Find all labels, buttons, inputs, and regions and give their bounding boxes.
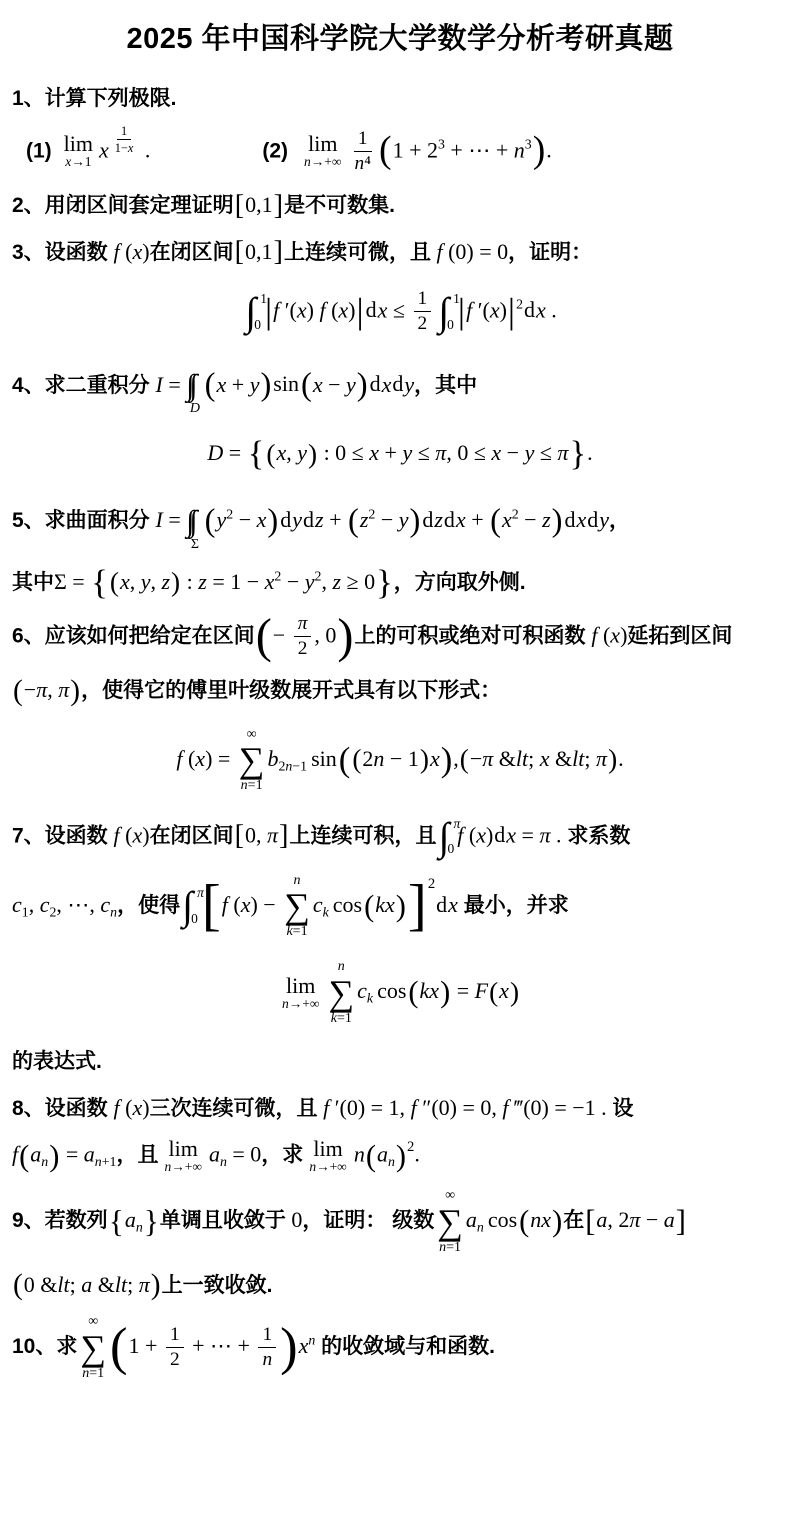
integral-operator: ∫π0 (182, 883, 199, 929)
integral-operator: ∫10 (245, 289, 262, 335)
math-run: f ′(0) = 1, f ″(0) = 0, f ‴(0) = −1 . (318, 1095, 607, 1120)
math-run: . (618, 746, 624, 771)
numerator: 1 (258, 1324, 276, 1348)
integral-limits: π0 (448, 814, 455, 860)
math-run: − z (519, 507, 551, 532)
subscript: n (136, 1220, 143, 1235)
math-run: x (456, 507, 466, 532)
text-run: 在闭区间 (150, 241, 234, 264)
math-run: 0,1 (245, 239, 273, 264)
numerator: π (294, 613, 312, 637)
math-delimiter: ) (337, 614, 353, 660)
sum-lower-limit: n=1 (82, 1366, 104, 1381)
math-run: , ⋯, c (56, 892, 110, 917)
math-delimiter: ) (70, 678, 80, 706)
integral-upper-limit: 1 (453, 289, 460, 309)
math-delimiter: ) (171, 570, 180, 596)
math-run: f (x) (114, 822, 150, 847)
double-integral-operator: ∫∫D (189, 356, 200, 417)
problem-3-inequality: ∫10|f ′(x) f (x)|dx ≤ 12∫10|f ′(x)|2dx . (12, 288, 788, 336)
text-run: ，求 (261, 1144, 303, 1167)
text-run: 的表达式. (12, 1050, 102, 1073)
math-run: x . (536, 297, 557, 322)
problem-9-tail: (0 &lt; a &lt; π)上一致收敛. (12, 1268, 788, 1302)
math-function-name: d (436, 892, 447, 917)
fraction: 1n⁴ (351, 128, 375, 176)
fraction: π2 (294, 613, 312, 661)
math-delimiter: ) (608, 747, 617, 773)
text-run: ，证明： (508, 241, 592, 264)
math-delimiter: { (248, 438, 265, 471)
math-run: 0, π (245, 822, 278, 847)
text-run: ，且 (116, 1144, 158, 1167)
math-run: x (499, 978, 509, 1003)
math-delimiter: ] (676, 1207, 686, 1236)
math-run: nx (530, 1207, 551, 1232)
math-delimiter: ( (256, 614, 272, 660)
summation-operator: n∑k=1 (284, 873, 310, 940)
limit-operator: limn→+∞ (304, 132, 342, 170)
math-delimiter: ) (552, 1207, 562, 1236)
math-delimiter: ( (301, 370, 312, 401)
math-function-name: d (494, 822, 505, 847)
math-run: + ⋯ + (187, 1333, 256, 1358)
text-run: 10、求 (12, 1335, 77, 1358)
math-run: , z ≥ 0 (321, 569, 375, 594)
math-run: z (434, 507, 443, 532)
subscript: k (323, 904, 329, 919)
math-run: −π &lt; x &lt; π (470, 746, 607, 771)
problem-6-series: f (x) = ∞∑n=1b2n−1sin((2n − 1)x),(−π &lt… (12, 727, 788, 794)
math-delimiter: [ (585, 1207, 595, 1236)
math-delimiter: ) (308, 442, 317, 468)
math-run: n (354, 1142, 365, 1167)
limit-word: lim (64, 132, 93, 155)
text-run: 1、计算下列极限. (12, 87, 177, 110)
math-run: : 0 ≤ x + y ≤ π, 0 ≤ x − y ≤ π (318, 440, 568, 465)
problem-7-minimize: c1, c2, ⋯, cn，使得∫π0[f (x) − n∑k=1ckcos(k… (12, 873, 788, 940)
math-delimiter: ) (267, 506, 278, 537)
text-run: 最小，并求 (458, 894, 569, 917)
math-run: a, 2π − a (596, 1207, 674, 1232)
math-delimiter: ( (339, 744, 351, 777)
math-run: I = (156, 507, 187, 532)
problem-7-intro: 7、设函数 f (x)在闭区间[0, π]上连续可积，且∫π0f (x)dx =… (12, 814, 788, 860)
integral-limits: π0 (192, 883, 199, 929)
math-run: x (299, 1333, 309, 1358)
math-delimiter: ] (274, 239, 283, 266)
denominator: 1−x (111, 140, 138, 155)
math-delimiter: ( (205, 506, 216, 537)
integral-lower-limit: 0 (254, 315, 261, 335)
sigma-glyph: ∑ (437, 1204, 463, 1240)
math-delimiter: } (144, 1207, 159, 1237)
superscript: 2 (516, 297, 523, 312)
text-run: 上连续可微，且 (284, 241, 431, 264)
problem-6-interval: (−π, π)，使得它的傅里叶级数展开式具有以下形式： (12, 673, 788, 707)
limit-subscript: n→+∞ (309, 1160, 347, 1175)
superscript: 3 (525, 136, 532, 151)
problem-2: 2、用闭区间套定理证明[0,1]是不可数集. (12, 188, 788, 222)
text-run: 在闭区间 (150, 824, 234, 847)
math-delimiter: { (109, 1207, 124, 1237)
subscript: n (41, 1154, 48, 1169)
numerator: 1 (354, 128, 372, 152)
text-run: 7、设函数 (12, 824, 114, 847)
math-delimiter: ] (279, 823, 288, 850)
fraction: 12 (166, 1324, 184, 1372)
math-run: f ′(x) (466, 297, 507, 322)
denominator: 2 (294, 637, 312, 660)
math-run: f (0) = 0 (431, 239, 508, 264)
fraction: 1n (258, 1324, 276, 1372)
integral-upper-limit: 1 (260, 289, 267, 309)
math-run: . (546, 137, 552, 162)
math-run: z (315, 507, 324, 532)
math-delimiter: ) (357, 370, 368, 401)
math-run: : z = 1 − x (181, 569, 274, 594)
integral-limits: 10 (448, 289, 455, 335)
problem-6-intro: 6、应该如何把给定在区间(− π2, 0)上的可积或绝对可积函数 f (x)延拓… (12, 613, 788, 661)
double-integral-glyph: ∫∫ (189, 371, 200, 401)
math-function-name: d (444, 507, 455, 532)
subscript: 2n−1 (278, 758, 307, 773)
math-delimiter: ( (19, 1142, 29, 1171)
text-run: ，其中 (414, 373, 477, 396)
math-delimiter: } (376, 567, 393, 600)
summation-operator: ∞∑n=1 (80, 1314, 106, 1381)
math-run: , 0 (314, 622, 336, 647)
math-function-name: sin (273, 371, 299, 396)
sum-lower-limit: k=1 (331, 1011, 352, 1026)
math-run: , c (29, 892, 50, 917)
math-delimiter: ) (410, 506, 421, 537)
text-run: 单调且收敛于 (160, 1209, 286, 1232)
math-run: − y (281, 569, 314, 594)
limit-word: lim (169, 1137, 198, 1160)
problem-4-domain: D = {(x, y) : 0 ≤ x + y ≤ π, 0 ≤ x − y ≤… (12, 436, 788, 471)
sigma-glyph: ∑ (80, 1330, 106, 1366)
double-integral-glyph: ∫∫ (189, 507, 200, 537)
limit-subscript: n→+∞ (282, 997, 320, 1012)
math-run: −π, π (24, 677, 69, 702)
superscript: 2 (407, 1139, 414, 1155)
integral-lower-limit: 0 (447, 839, 454, 859)
math-delimiter: ) (49, 1142, 59, 1171)
problem-7-limit: limn→+∞n∑k=1ckcos(kx) = F(x) (12, 959, 788, 1026)
sigma-glyph: ∑ (239, 742, 265, 778)
math-run: = a (60, 1142, 94, 1167)
text-run: ，方向取外侧. (394, 571, 526, 594)
math-delimiter: ) (260, 370, 271, 401)
math-run: f (x) = (176, 746, 235, 771)
math-delimiter: ] (408, 879, 427, 933)
math-delimiter: [ (202, 879, 221, 933)
math-delimiter: ( (348, 506, 359, 537)
math-delimiter: ) (533, 133, 546, 169)
problem-1-heading: 1、计算下列极限. (12, 83, 788, 115)
math-run: + ⋯ + n (445, 137, 525, 162)
text-run: (2) (262, 139, 288, 162)
math-run: c (357, 978, 367, 1003)
summation-operator: ∞∑n=1 (239, 727, 265, 794)
math-delimiter: [ (235, 239, 244, 266)
sum-lower-limit: n=1 (439, 1240, 461, 1255)
math-run: y (292, 507, 302, 532)
denominator: n (258, 1348, 276, 1371)
text-run: 3、设函数 (12, 241, 114, 264)
math-run: b (267, 746, 278, 771)
limit-operator: limn→+∞ (164, 1137, 202, 1175)
subscript: n+1 (95, 1154, 117, 1169)
limit-subscript: n→+∞ (304, 155, 342, 170)
math-run: y (599, 507, 609, 532)
numerator: 1 (117, 124, 131, 140)
math-run: f ′(x) f (x) (273, 297, 355, 322)
math-delimiter: ( (379, 133, 392, 169)
math-run: − x (233, 507, 266, 532)
math-run: 1 + (129, 1333, 163, 1358)
subscript: k (367, 991, 373, 1006)
limit-word: lim (313, 1137, 342, 1160)
math-run: 2n − 1 (362, 746, 418, 771)
integral-lower-limit: 0 (191, 909, 198, 929)
math-run: , (453, 746, 459, 771)
math-delimiter: ) (396, 892, 406, 921)
math-function-name: d (422, 507, 433, 532)
denominator: 2 (166, 1348, 184, 1371)
limit-subscript: x→1 (65, 155, 91, 170)
limit-operator: limn→+∞ (309, 1137, 347, 1175)
math-run: x (502, 507, 512, 532)
math-run: c (12, 892, 22, 917)
math-delimiter: [ (235, 193, 244, 220)
math-run: c (313, 892, 323, 917)
integral-limits: 10 (255, 289, 262, 335)
integral-operator: ∫10 (438, 289, 455, 335)
math-run: f (x) (114, 239, 150, 264)
text-run: 4、求二重积分 (12, 373, 156, 396)
math-delimiter: ( (408, 978, 418, 1007)
math-delimiter: ) (441, 744, 453, 777)
math-delimiter: } (569, 438, 586, 471)
iint-upper-space (193, 356, 197, 371)
math-run: + (466, 507, 489, 532)
problems-container: 1、计算下列极限.(1)limx→1x11−x .(2)limn→+∞1n⁴(1… (12, 83, 788, 1381)
math-delimiter: ) (420, 747, 429, 773)
math-function-name: d (370, 371, 381, 396)
problem-8-intro: 8、设函数 f (x)三次连续可微，且 f ′(0) = 1, f ″(0) =… (12, 1091, 788, 1125)
limit-operator: limn→+∞ (282, 974, 320, 1012)
text-run: 上一致收敛. (162, 1274, 273, 1297)
math-delimiter: | (508, 295, 515, 329)
math-run: y (404, 371, 414, 396)
math-run: x (99, 137, 109, 162)
math-run: = 0 (227, 1142, 261, 1167)
math-run: + (324, 507, 347, 532)
math-run: x, y, z (120, 569, 170, 594)
integral-upper-limit: π (197, 883, 204, 903)
math-delimiter: ) (440, 978, 450, 1007)
superscript: 2 (512, 507, 519, 522)
math-run: a (125, 1207, 136, 1232)
math-run: 0,1 (245, 192, 273, 217)
text-run: 6、应该如何把给定在区间 (12, 624, 255, 647)
summation-operator: ∞∑n=1 (437, 1188, 463, 1255)
math-delimiter: ( (519, 1207, 529, 1236)
text-run: ，使得它的傅里叶级数展开式具有以下形式： (81, 679, 501, 702)
math-function-name: cos (488, 1207, 517, 1232)
math-delimiter: ( (266, 442, 275, 468)
iint-upper-space (193, 491, 197, 506)
problem-4-intro: 4、求二重积分 I = ∫∫D(x + y)sin(x − y)dxdy，其中 (12, 356, 788, 417)
math-run: x (576, 507, 586, 532)
text-run: 延拓到区间 (627, 624, 732, 647)
text-run: ， (609, 509, 630, 532)
math-delimiter: ] (274, 193, 283, 220)
text-run: 设 (607, 1097, 634, 1120)
problem-7-tail: 的表达式. (12, 1046, 788, 1078)
math-run: a (466, 1207, 477, 1232)
math-delimiter: ) (396, 1142, 406, 1171)
math-run: kx (375, 892, 395, 917)
subscript: 1 (22, 904, 29, 919)
text-run: 2、用闭区间套定理证明 (12, 194, 234, 217)
sigma-glyph: ∑ (328, 975, 354, 1011)
text-run: 是不可数集. (284, 194, 395, 217)
text-run: 的收敛域与和函数. (315, 1335, 495, 1358)
numerator: 1 (414, 288, 432, 312)
math-delimiter: ) (151, 1272, 161, 1300)
text-run: 其中 (12, 571, 54, 594)
text-run: 上连续可积，且 (290, 824, 437, 847)
math-run: f (x) (457, 822, 493, 847)
math-run: 0 &lt; a &lt; π (24, 1272, 150, 1297)
text-run: 在 (563, 1209, 584, 1232)
subscript: n (220, 1154, 227, 1169)
math-function-name: sin (311, 746, 337, 771)
math-run: f (12, 1142, 18, 1167)
math-function-name: cos (377, 978, 406, 1003)
problem-1-parts: (1)limx→1x11−x .(2)limn→+∞1n⁴(1 + 23 + ⋯… (12, 128, 788, 176)
integral-upper-limit: π (453, 814, 460, 834)
math-function-name: cos (333, 892, 362, 917)
math-delimiter: ( (13, 1272, 23, 1300)
math-delimiter: ) (552, 506, 563, 537)
problem-10: 10、求∞∑n=1(1 + 12 + ⋯ + 1n)xn 的收敛域与和函数. (12, 1314, 788, 1381)
text-run: 5、求曲面积分 (12, 509, 156, 532)
math-delimiter: ( (110, 1323, 127, 1373)
text-run: 上的可积或绝对可积函数 (355, 624, 592, 647)
math-run: a (377, 1142, 388, 1167)
math-run: D = (207, 440, 246, 465)
text-run: ，使得 (117, 894, 180, 917)
denominator: n⁴ (351, 152, 375, 175)
math-run: . (414, 1142, 420, 1167)
sum-lower-limit: k=1 (286, 924, 307, 939)
math-run: 1 + 2 (393, 137, 438, 162)
math-run: − y (375, 507, 408, 532)
problem-5-surface: 其中Σ = {(x, y, z) : z = 1 − x2 − y2, z ≥ … (12, 565, 788, 600)
math-run: f (x) (591, 622, 627, 647)
math-run: f (x) − (222, 892, 281, 917)
math-run: x (448, 892, 458, 917)
math-function-name: d (366, 297, 377, 322)
math-run: . (587, 440, 593, 465)
iint-region-label: D (190, 401, 200, 416)
math-delimiter: | (357, 295, 364, 329)
math-delimiter: ( (13, 678, 23, 706)
math-run: − (273, 622, 291, 647)
math-run: I = (156, 371, 187, 396)
subscript: n (477, 1220, 484, 1235)
math-delimiter: ( (460, 747, 469, 773)
math-delimiter: [ (235, 823, 244, 850)
math-run: x (382, 371, 392, 396)
math-run: 0 (286, 1207, 303, 1232)
text-run: (1) (26, 139, 52, 162)
math-delimiter: ( (489, 980, 498, 1006)
math-delimiter: ( (490, 506, 501, 537)
exam-document: 2025 年中国科学院大学数学分析考研真题 1、计算下列极限.(1)limx→1… (0, 0, 800, 1539)
math-run: = F (451, 978, 488, 1003)
text-run: 求系数 (562, 824, 631, 847)
math-run: x ≤ (378, 297, 411, 322)
math-run: y (217, 507, 227, 532)
math-run: a (30, 1142, 41, 1167)
math-run: kx (420, 978, 440, 1003)
superscript: 3 (438, 136, 445, 151)
math-delimiter: ) (280, 1323, 297, 1373)
math-run: x, y (276, 440, 307, 465)
math-function-name: d (524, 297, 535, 322)
iint-region-label: Σ (191, 537, 199, 552)
limit-subscript: n→+∞ (164, 1160, 202, 1175)
math-function-name: d (392, 371, 403, 396)
limit-word: lim (308, 132, 337, 155)
fraction: 12 (414, 288, 432, 336)
math-delimiter: ( (352, 747, 361, 773)
superscript: 2 (428, 876, 435, 892)
math-run: x = π . (506, 822, 561, 847)
math-function-name: d (587, 507, 598, 532)
denominator: 2 (414, 312, 432, 335)
math-run: Σ = (54, 569, 90, 594)
math-function-name: d (303, 507, 314, 532)
sum-lower-limit: n=1 (241, 778, 263, 793)
exponent-fraction: 11−x (111, 124, 138, 155)
integral-lower-limit: 0 (447, 315, 454, 335)
limit-word: lim (286, 974, 315, 997)
math-delimiter: ( (366, 1142, 376, 1171)
numerator: 1 (166, 1324, 184, 1348)
subscript: n (388, 1154, 395, 1169)
double-integral-operator: ∫∫Σ (189, 491, 200, 552)
math-delimiter: ( (364, 892, 374, 921)
text-run: 8、设函数 (12, 1097, 114, 1120)
problem-3-intro: 3、设函数 f (x)在闭区间[0,1]上连续可微，且 f (0) = 0，证明… (12, 235, 788, 269)
problem-8-sequence: f(an) = an+1，且limn→+∞an = 0，求limn→+∞n(an… (12, 1137, 788, 1175)
text-run: 9、若数列 (12, 1209, 108, 1232)
problem-9-intro: 9、若数列{an}单调且收敛于 0，证明： 级数∞∑n=1ancos(nx)在[… (12, 1188, 788, 1255)
math-run: f (x) (114, 1095, 150, 1120)
sigma-glyph: ∑ (284, 888, 310, 924)
integral-operator: ∫π0 (439, 814, 456, 860)
text-run: 三次连续可微，且 (150, 1097, 318, 1120)
math-delimiter: ) (510, 980, 519, 1006)
math-run: x − y (313, 371, 356, 396)
math-delimiter: { (91, 567, 108, 600)
